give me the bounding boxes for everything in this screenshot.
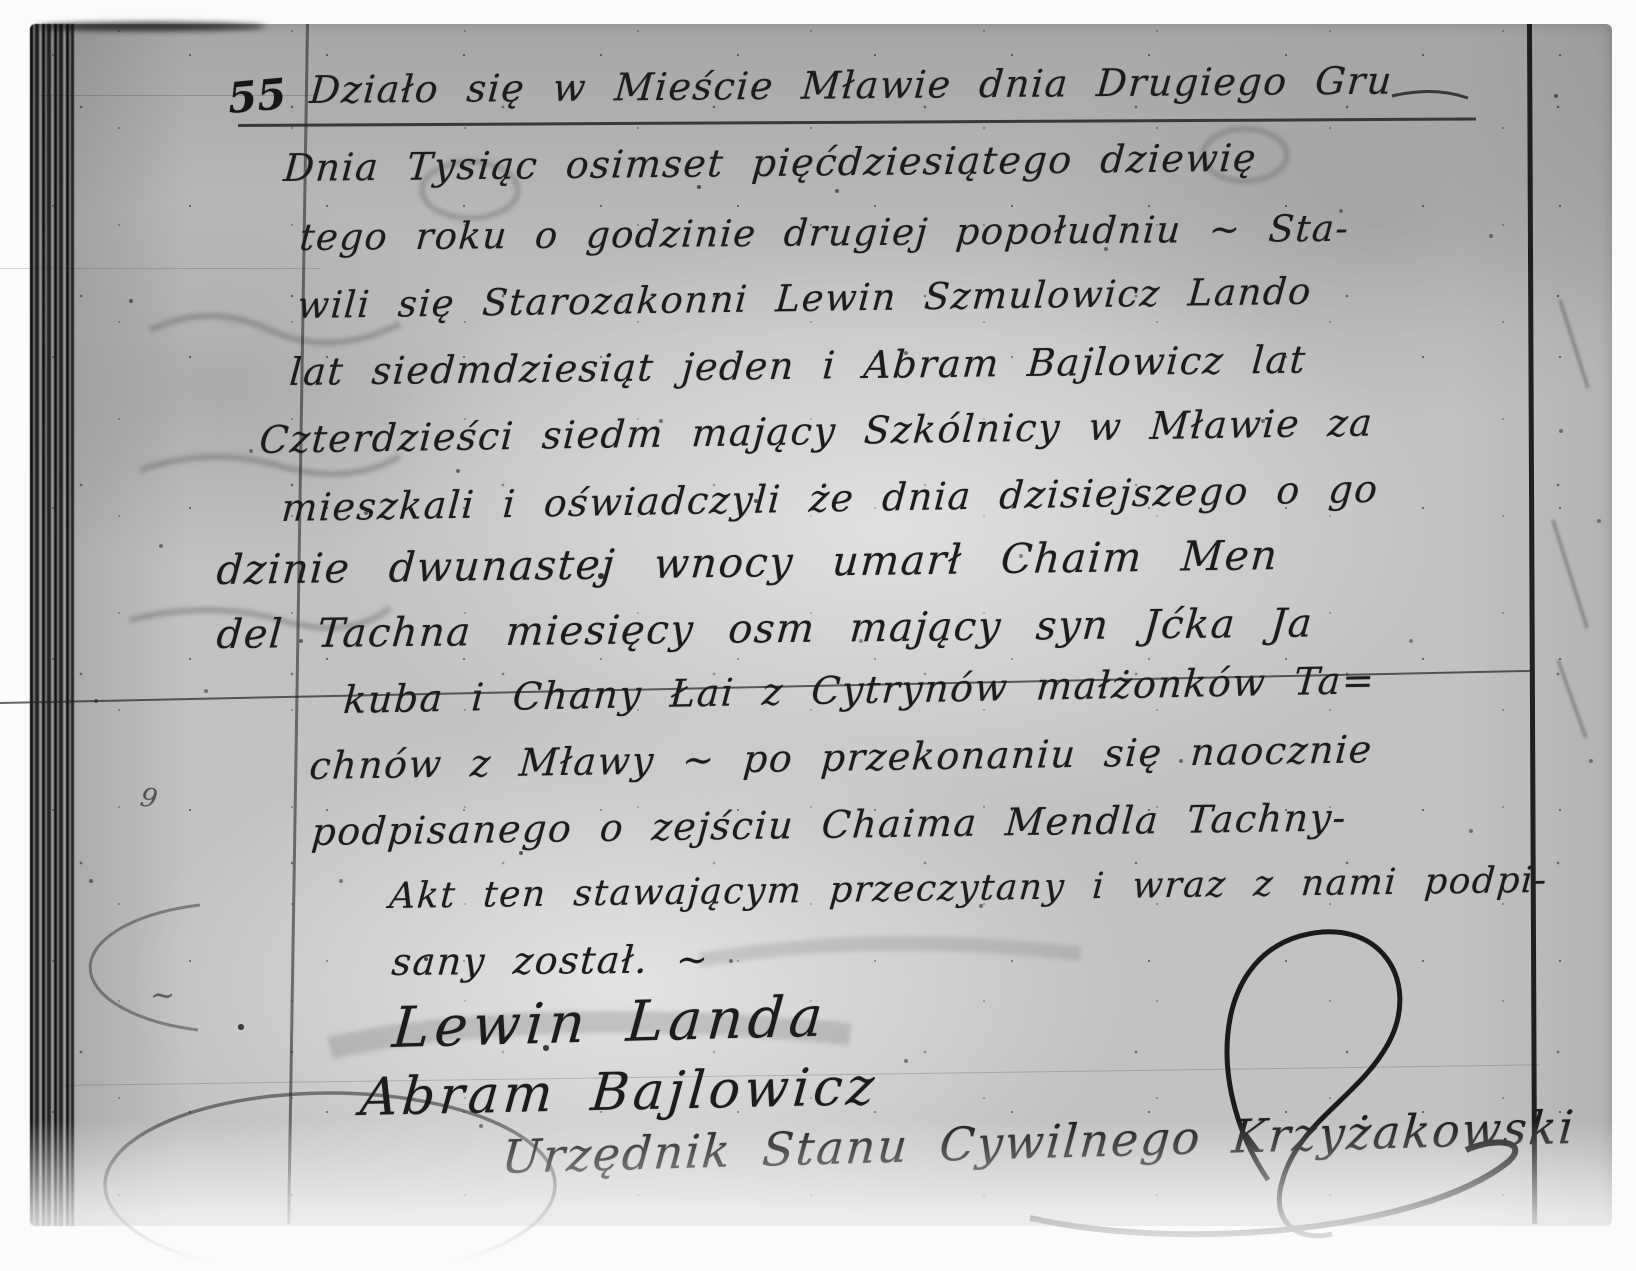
margin-mark: ~ [150,978,177,1013]
signature-lewin-landa: Lewin Landa [390,984,830,1061]
handwritten-line: sany został. ~ [390,937,711,984]
faint-rule-line [0,268,320,269]
book-binding-edge [30,24,74,1226]
ink-specks [0,0,2,2]
scanned-death-record: { "page": { "record_number": "55", "body… [0,0,1636,1271]
top-edge-smudge [36,22,266,31]
record-number: 55 [226,69,289,123]
signature-abram-bajlowicz: Abram Bajlowicz [358,1057,880,1128]
handwritten-line: tego roku o godzinie drugiej popołudniu … [298,207,1351,259]
